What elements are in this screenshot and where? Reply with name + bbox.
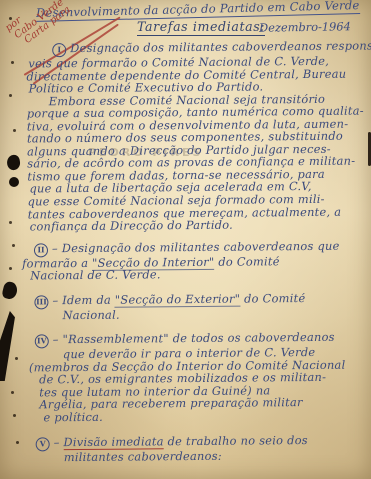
speck	[11, 61, 14, 64]
text-segment: – "Rassemblement" de todos os caboverdea…	[53, 330, 335, 346]
text-segment: – Idem da	[52, 292, 115, 307]
speck	[9, 267, 12, 270]
item-II: II– Designação dos militantes caboverdea…	[28, 239, 364, 282]
document-body: IDesignação dos militantes caboverdeanos…	[26, 40, 366, 464]
underlined-phrase: "Secção do Exterior"	[115, 291, 240, 307]
text-line: e política.	[43, 409, 365, 424]
speck	[13, 129, 16, 132]
speck	[9, 17, 12, 20]
ink-blot	[9, 177, 19, 187]
text-segment: do Comité	[214, 254, 279, 269]
text-segment: de trabalho no seio dos	[164, 433, 308, 448]
ink-blot	[6, 154, 21, 171]
speck	[11, 391, 14, 394]
text-line: militantes caboverdeanos:	[64, 448, 366, 463]
item-numeral: II	[34, 243, 48, 257]
document-page: PEDRO PIRES Desenvolvimento da acção do …	[0, 0, 371, 479]
item-III: III– Idem da "Secção do Exterior" do Com…	[28, 291, 364, 321]
text-segment: –	[54, 435, 64, 449]
ink-blot	[1, 281, 19, 301]
item-numeral: III	[34, 295, 48, 309]
speck	[15, 357, 18, 360]
item-numeral: IV	[35, 335, 49, 349]
speck	[16, 441, 19, 444]
ink-blot	[0, 311, 17, 381]
speck	[9, 221, 12, 224]
text-segment: Designação dos militantes caboverdeanos …	[70, 38, 371, 55]
item-numeral: I	[52, 43, 66, 57]
document-title: Desenvolvimento da acção do Partido em C…	[36, 0, 357, 20]
item-numeral: V	[36, 437, 50, 451]
text-segment: do Comité	[240, 291, 305, 306]
speck	[9, 94, 12, 97]
speck	[13, 414, 16, 417]
text-line: confiança da Direcção do Partido.	[30, 218, 364, 233]
document-date: Dezembro-1964	[259, 19, 351, 35]
red-underlined-phrase: Divisão imediata	[63, 434, 163, 450]
item-I: IDesignação dos militantes caboverdeanos…	[26, 40, 364, 234]
item-V: V– Divisão imediata de trabalho no seio …	[30, 433, 366, 463]
item-IV: IV– "Rassemblement" de todos os caboverd…	[29, 331, 366, 424]
speck	[12, 244, 15, 247]
text-segment: – Designação dos militantes caboverdeano…	[52, 238, 340, 255]
text-line: Nacional.	[62, 306, 364, 321]
section-heading: Tarefas imediatas:	[137, 19, 265, 36]
